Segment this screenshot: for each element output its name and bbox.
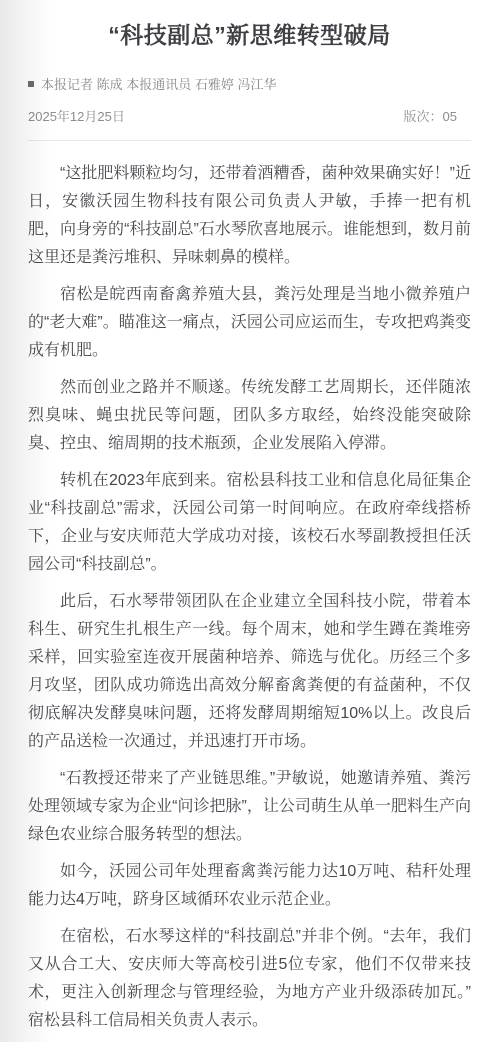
- byline: 本报记者 陈成 本报通讯员 石雅婷 冯江华: [28, 74, 471, 93]
- article-meta: 2025年12月25日 版次：05: [28, 106, 471, 125]
- edition-number: 版次：05: [404, 106, 457, 125]
- square-bullet-icon: [28, 81, 34, 87]
- article-page: “科技副总”新思维转型破局 本报记者 陈成 本报通讯员 石雅婷 冯江华 2025…: [0, 0, 499, 1035]
- article-body: “这批肥料颗粒均匀，还带着酒糟香，菌种效果确实好！”近日，安徽沃园生物科技有限公…: [28, 160, 471, 1035]
- article-paragraph: 然而创业之路并不顺遂。传统发酵工艺周期长，还伴随浓烈臭味、蝇虫扰民等问题，团队多…: [28, 374, 471, 458]
- article-paragraph: 宿松是皖西南畜禽养殖大县，粪污处理是当地小微养殖户的“老大难”。瞄准这一痛点，沃…: [28, 281, 471, 365]
- article-paragraph: 转机在2023年底到来。宿松县科技工业和信息化局征集企业“科技副总”需求，沃园公…: [28, 467, 471, 579]
- article-paragraph: 如今，沃园公司年处理畜禽粪污能力达10万吨、秸秆处理能力达4万吨，跻身区域循环农…: [28, 858, 471, 914]
- article-paragraph: “石教授还带来了产业链思维。”尹敏说，她邀请养殖、粪污处理领域专家为企业“问诊把…: [28, 765, 471, 849]
- header-divider: [28, 140, 471, 141]
- article-paragraph: 在宿松，石水琴这样的“科技副总”并非个例。“去年，我们又从合工大、安庆师大等高校…: [28, 923, 471, 1035]
- article-paragraph: 此后，石水琴带领团队在企业建立全国科技小院，带着本科生、研究生扎根生产一线。每个…: [28, 588, 471, 756]
- byline-text: 本报记者 陈成 本报通讯员 石雅婷 冯江华: [41, 74, 276, 93]
- page-title: “科技副总”新思维转型破局: [28, 0, 471, 50]
- article-paragraph: “这批肥料颗粒均匀，还带着酒糟香，菌种效果确实好！”近日，安徽沃园生物科技有限公…: [28, 160, 471, 272]
- publish-date: 2025年12月25日: [28, 106, 125, 125]
